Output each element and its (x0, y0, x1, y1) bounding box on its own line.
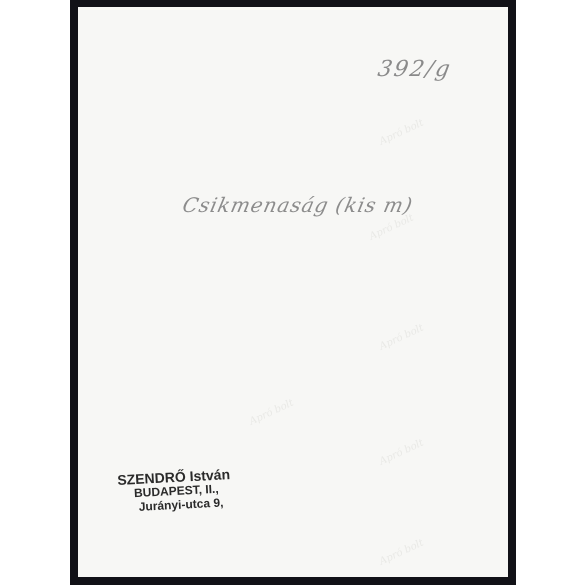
watermark: Apró bolt (378, 438, 425, 468)
catalog-number: 392/g (376, 57, 454, 82)
watermark: Apró bolt (368, 213, 415, 243)
watermark: Apró bolt (378, 118, 425, 148)
photographer-stamp: SZENDRŐ István BUDAPEST, II., Jurányi-ut… (117, 467, 232, 515)
handwritten-caption: Csikmenaság (kis m) (180, 193, 415, 217)
photo-card-frame: 392/g Csikmenaság (kis m) Apró bolt Apró… (70, 0, 516, 585)
watermark: Apró bolt (378, 323, 425, 353)
photo-back-paper: 392/g Csikmenaság (kis m) Apró bolt Apró… (78, 7, 508, 577)
watermark: Apró bolt (248, 398, 295, 428)
watermark: Apró bolt (378, 538, 425, 568)
